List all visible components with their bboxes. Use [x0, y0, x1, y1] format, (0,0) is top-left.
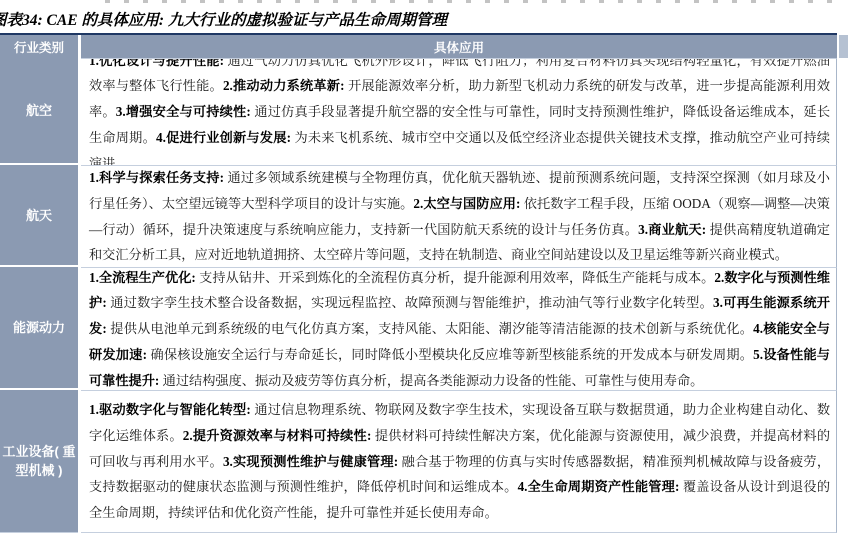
category-cell-industrial-equipment: 工业设备( 重型机械 )	[0, 390, 78, 533]
table-header-row: 行业类别 具体应用	[0, 35, 837, 58]
application-text: 1.驱动数字化与智能化转型: 通过信息物理系统、物联网及数字孪生技术，实现设备互…	[89, 397, 830, 526]
header-right-stub	[839, 35, 848, 58]
table-row-aerospace: 航天 1.科学与探索任务支持: 通过多领域系统建模与全物理仿真，优化航天器轨迹、…	[0, 165, 837, 267]
figure-title: 图表34: CAE 的具体应用: 九大行业的虚拟验证与产品生命周期管理	[0, 8, 850, 32]
category-cell-energy-power: 能源动力	[0, 267, 78, 390]
report-page: 图表34: CAE 的具体应用: 九大行业的虚拟验证与产品生命周期管理 行业类别…	[0, 0, 860, 540]
application-text: 1.科学与探索任务支持: 通过多领域系统建模与全物理仿真，优化航天器轨迹、提前预…	[89, 165, 830, 267]
header-industry-category: 行业类别	[0, 35, 78, 58]
table-row-industrial-equipment: 工业设备( 重型机械 ) 1.驱动数字化与智能化转型: 通过信息物理系统、物联网…	[0, 390, 837, 533]
category-cell-aerospace: 航天	[0, 165, 78, 267]
application-cell-aviation: 1.优化设计与提升性能: 通过气动力仿真优化飞机外形设计，降低飞行阻力；利用复合…	[81, 58, 837, 165]
application-text: 1.全流程生产优化: 支持从钻井、开采到炼化的全流程仿真分析，提升能源利用效率，…	[89, 267, 830, 390]
application-cell-aerospace: 1.科学与探索任务支持: 通过多领域系统建模与全物理仿真，优化航天器轨迹、提前预…	[81, 165, 837, 267]
table-row-aviation: 航空 1.优化设计与提升性能: 通过气动力仿真优化飞机外形设计，降低飞行阻力；利…	[0, 58, 837, 165]
application-cell-energy-power: 1.全流程生产优化: 支持从钻井、开采到炼化的全流程仿真分析，提升能源利用效率，…	[81, 267, 837, 390]
header-specific-application: 具体应用	[81, 35, 837, 58]
applications-table: 行业类别 具体应用 航空 1.优化设计与提升性能: 通过气动力仿真优化飞机外形设…	[0, 35, 837, 533]
category-cell-aviation: 航空	[0, 58, 78, 165]
clipped-text-remnant	[105, 0, 845, 3]
application-cell-industrial-equipment: 1.驱动数字化与智能化转型: 通过信息物理系统、物联网及数字孪生技术，实现设备互…	[81, 390, 837, 533]
table-row-energy-power: 能源动力 1.全流程生产优化: 支持从钻井、开采到炼化的全流程仿真分析，提升能源…	[0, 267, 837, 390]
application-text: 1.优化设计与提升性能: 通过气动力仿真优化飞机外形设计，降低飞行阻力；利用复合…	[89, 58, 830, 165]
